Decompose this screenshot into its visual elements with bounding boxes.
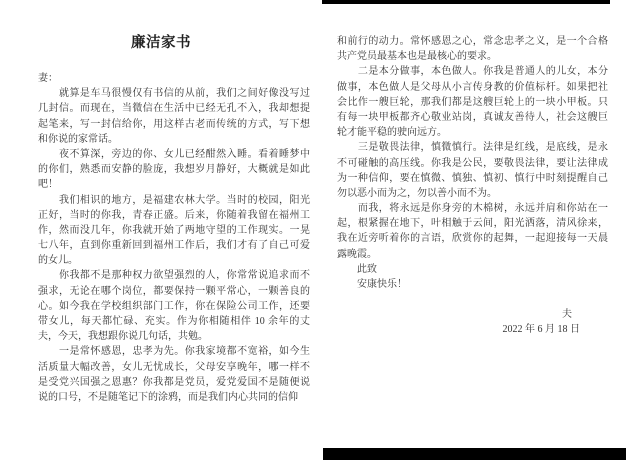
letter-date: 2022 年 6 月 18 日 bbox=[337, 322, 608, 337]
letter-text-line: 是受党兴国强之恩惠？你我都是党员，爱党爱国不是随便说 bbox=[38, 375, 310, 390]
letter-text-line: 有每一块甲板都齐心敬业站岗，真诚友善待人，社会这艘巨 bbox=[337, 110, 608, 125]
letter-text-line: 勿以恶小而为之，勿以善小而不为。 bbox=[337, 186, 608, 201]
letter-text-line: 心。如今我在学校组织部门工作，你在保险公司工作，还要 bbox=[38, 299, 310, 314]
letter-text-line: 一是常怀感恩，忠孝为先。你我家境都不宽裕，如今生 bbox=[38, 344, 310, 359]
letter-salutation: 妻： bbox=[38, 71, 310, 86]
letter-body-right: 和前行的动力。常怀感恩之心，常念忠孝之义，是一个合格共产党员最基本也是最核心的要… bbox=[337, 34, 608, 262]
scan-artifact-bottom-bar bbox=[323, 448, 626, 460]
letter-text-line: 正好，当时的你我，青春正盛。后来，你随着我留在福州工 bbox=[38, 208, 310, 223]
letter-page-left: 廉洁家书 妻： 就算是车马很慢仅有书信的从前，我们之间好像没写过几封信。而现在，… bbox=[38, 30, 310, 405]
letter-text-line: 起笔来，写一封信给你，用这样古老而传统的方式，写下想 bbox=[38, 117, 310, 132]
letter-text-line: 的女儿。 bbox=[38, 253, 310, 268]
letter-document-spread: 廉洁家书 妻： 就算是车马很慢仅有书信的从前，我们之间好像没写过几封信。而现在，… bbox=[0, 0, 626, 460]
letter-text-line: 活质量大幅改善，女儿无忧成长，父母安享晚年，哪一样不 bbox=[38, 360, 310, 375]
letter-text-line: 而我，将永远是你身旁的木棉树，永远并肩和你站在一 bbox=[337, 201, 608, 216]
letter-text-line: 作，然而没几年，你我就开始了两地守望的工作现实。一晃 bbox=[38, 223, 310, 238]
letter-text-line: 夜不算深，旁边的你、女儿已经酣然入睡。看着睡梦中 bbox=[38, 147, 310, 162]
letter-text-line: 不可碰触的高压线。你我是公民，要敬畏法律，要让法律成 bbox=[337, 156, 608, 171]
letter-body-left: 就算是车马很慢仅有书信的从前，我们之间好像没写过几封信。而现在，当微信在生活中已… bbox=[38, 86, 310, 405]
letter-text-line: 起，根紧握在地下，叶相触于云间，阳光洒落，清风徐来， bbox=[337, 216, 608, 231]
letter-text-line: 几封信。而现在，当微信在生活中已经无孔不入，我却想提 bbox=[38, 101, 310, 116]
letter-text-line: 和前行的动力。常怀感恩之心，常念忠孝之义，是一个合格 bbox=[337, 34, 608, 49]
letter-text-line: 二是本分做事，本色做人。你我是普通人的儿女，本分 bbox=[337, 64, 608, 79]
letter-text-line: 三是敬畏法律，慎微慎行。法律是红线，是底线，是永 bbox=[337, 140, 608, 155]
letter-text-line: 你我都不是那种权力欲望强烈的人，你常常说追求而不 bbox=[38, 268, 310, 283]
letter-page-right: 和前行的动力。常怀感恩之心，常念忠孝之义，是一个合格共产党员最基本也是最核心的要… bbox=[337, 34, 608, 338]
letter-text-line: 共产党员最基本也是最核心的要求。 bbox=[337, 49, 608, 64]
letter-text-line: 和你说的家常话。 bbox=[38, 132, 310, 147]
letter-signature-block: 夫 2022 年 6 月 18 日 bbox=[337, 307, 608, 337]
letter-text-line: 为一种信仰，要在慎微、慎独、慎初、慎行中时刻提醒自己 bbox=[337, 171, 608, 186]
letter-text-line: 的你们，熟悉而安静的脸庞，我想岁月静好，大概就是如此 bbox=[38, 162, 310, 177]
scan-artifact-top-bar bbox=[322, 0, 610, 4]
letter-text-line: 带女儿，每天都忙碌、充实。作为你相随相伴 10 余年的丈 bbox=[38, 314, 310, 329]
letter-text-line: 轮才能平稳的驶向远方。 bbox=[337, 125, 608, 140]
letter-signature: 夫 bbox=[337, 307, 608, 322]
letter-text-line: 我在近旁听着你的言语，欣赏你的起舞，一起迎接每一天晨 bbox=[337, 231, 608, 246]
letter-closing-cizhi: 此致 bbox=[337, 262, 608, 277]
letter-closing-wish: 安康快乐！ bbox=[337, 277, 608, 292]
letter-text-line: 强求，无论在哪个岗位，都要保持一颗平常心，一颗善良的 bbox=[38, 284, 310, 299]
letter-text-line: 做事，本色做人是父母从小言传身教的价值标杆。如果把社 bbox=[337, 80, 608, 95]
letter-text-line: 七八年，直到你重新回到福州工作后，我们才有了自己可爱 bbox=[38, 238, 310, 253]
letter-title: 廉洁家书 bbox=[25, 30, 297, 56]
letter-text-line: 说的口号，不是随笔记下的涂鸦，而是我们内心共同的信仰 bbox=[38, 390, 310, 405]
letter-text-line: 夫，今天，我想跟你说几句话，共勉。 bbox=[38, 329, 310, 344]
letter-text-line: 会比作一艘巨轮，那我们都是这艘巨轮上的一块小甲板。只 bbox=[337, 95, 608, 110]
letter-text-line: 露晚霞。 bbox=[337, 247, 608, 262]
letter-text-line: 我们相识的地方，是福建农林大学。当时的校园，阳光 bbox=[38, 193, 310, 208]
letter-text-line: 吧！ bbox=[38, 177, 310, 192]
letter-text-line: 就算是车马很慢仅有书信的从前，我们之间好像没写过 bbox=[38, 86, 310, 101]
